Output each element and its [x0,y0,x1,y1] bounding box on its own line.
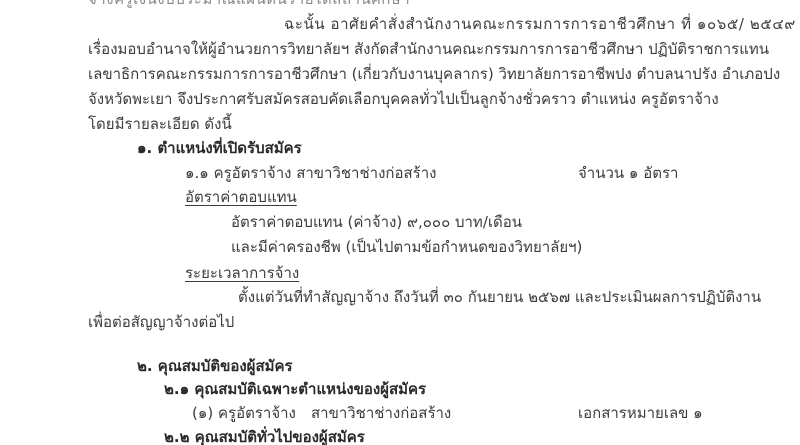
qualification-item-1: (๑) ครูอัตราจ้าง [192,403,296,423]
cost-of-living-note: และมีค่าครองชีพ (เป็นไปตามข้อกำหนดของวิท… [231,237,582,257]
document-page: จ้างครูเงินงบประมาณแผ่นดินรายได้สถานศึกษ… [0,0,800,445]
intro-line-5: โดยมีรายละเอียด ดังนี้ [88,114,232,134]
section-1-heading: ๑. ตำแหน่งที่เปิดรับสมัคร [137,138,302,158]
intro-line-1: ฉะนั้น อาศัยคำสั่งสำนักงานคณะกรรมการการอ… [284,14,796,34]
cut-off-top-line: จ้างครูเงินงบประมาณแผ่นดินรายได้สถานศึกษ… [88,0,410,9]
position-quantity: จำนวน ๑ อัตรา [578,163,678,183]
qualification-item-1-document: เอกสารหมายเลข ๑ [578,403,703,423]
employment-period-line-2: เพื่อต่อสัญญาจ้างต่อไป [88,312,234,332]
qualification-2-1-heading: ๒.๑ คุณสมบัติเฉพาะตำแหน่งของผู้สมัคร [164,379,426,399]
qualification-2-2-heading: ๒.๒ คุณสมบัติทั่วไปของผู้สมัคร [164,427,365,445]
employment-period-heading: ระยะเวลาการจ้าง [185,263,299,283]
section-2-heading: ๒. คุณสมบัติของผู้สมัคร [137,356,293,376]
intro-line-4: จังหวัดพะเยา จึงประกาศรับสมัครสอบคัดเลือ… [88,89,719,109]
intro-line-3: เลขาธิการคณะกรรมการการอาชีวศึกษา (เกี่ยว… [88,64,780,84]
compensation-heading: อัตราค่าตอบแทน [185,187,297,207]
position-item-1-1: ๑.๑ ครูอัตราจ้าง สาขาวิชาช่างก่อสร้าง [185,163,436,183]
qualification-item-1-field: สาขาวิชาช่างก่อสร้าง [311,403,451,423]
compensation-rate: อัตราค่าตอบแทน (ค่าจ้าง) ๙,๐๐๐ บาท/เดือน [231,212,522,232]
employment-period-line-1: ตั้งแต่วันที่ทำสัญญาจ้าง ถึงวันที่ ๓๐ กั… [238,287,761,307]
intro-line-2: เรื่องมอบอำนาจให้ผู้อำนวยการวิทยาลัยฯ สั… [88,39,769,59]
